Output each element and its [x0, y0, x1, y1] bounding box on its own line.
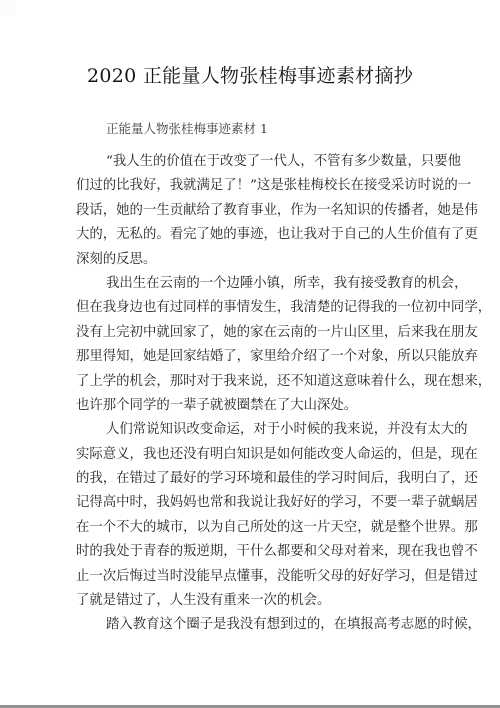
paragraph-3-line-6: 时的我处于青春的叛逆期，干什么都要和父母对着来，现在我也曾不: [76, 540, 426, 564]
paragraph-1-line-2: 们过的比我好，我就满足了！”这是张桂梅校长在接受采访时说的一: [76, 174, 426, 198]
paragraph-2-line-4: 那里得知，她是回家结婚了，家里给介绍了一个对象，所以只能放弃: [76, 345, 426, 369]
paragraph-2-line-6: 也许那个同学的一辈子就被圈禁在了大山深处。: [76, 394, 426, 418]
paragraph-3-line-2: 实际意义，我也还没有明白知识是如何能改变人命运的，但是，现在: [76, 443, 426, 467]
paragraph-2-line-5: 了上学的机会，那时对于我来说，还不知道这意味着什么，现在想来，: [76, 370, 426, 394]
paragraph-3-line-5: 在一个不大的城市，以为自己所处的这一片天空，就是整个世界。那: [76, 516, 426, 540]
section-subtitle: 正能量人物张桂梅事迹素材 1: [106, 120, 268, 138]
paragraph-2-line-1: 我出生在云南的一个边陲小镇，所幸，我有接受教育的机会，: [76, 272, 426, 296]
paragraph-3-line-8: 了就是错过了，人生没有重来一次的机会。: [76, 589, 426, 613]
paragraph-3-line-3: 的我，在错过了最好的学习环境和最佳的学习时间后，我明白了，还: [76, 467, 426, 491]
body-text: “我人生的价值在于改变了一代人，不管有多少数量，只要他 们过的比我好，我就满足了…: [76, 150, 426, 638]
paragraph-3-line-1: 人们常说知识改变命运，对于小时候的我来说，并没有太大的: [76, 418, 426, 442]
paragraph-2-line-2: 但在我身边也有过同样的事情发生，我清楚的记得我的一位初中同学，: [76, 296, 426, 320]
document-title: 2020 正能量人物张桂梅事迹素材摘抄: [0, 64, 500, 88]
paragraph-1-line-1: “我人生的价值在于改变了一代人，不管有多少数量，只要他: [76, 150, 426, 174]
document-page: 2020 正能量人物张桂梅事迹素材摘抄 正能量人物张桂梅事迹素材 1 “我人生的…: [0, 0, 500, 705]
paragraph-3-line-7: 止一次后悔过当时没能早点懂事，没能听父母的好好学习，但是错过: [76, 565, 426, 589]
paragraph-1-line-4: 大的，无私的。看完了她的事迹，也让我对于自己的人生价值有了更: [76, 223, 426, 247]
paragraph-1-line-5: 深刻的反思。: [76, 248, 426, 272]
page-corner-mark: [0, 0, 16, 16]
paragraph-4-line-1: 踏入教育这个圈子是我没有想到过的，在填报高考志愿的时候，: [76, 613, 426, 637]
paragraph-2-line-3: 没有上完初中就回家了，她的家在云南的一片山区里，后来我在朋友: [76, 321, 426, 345]
paragraph-3-line-4: 记得高中时，我妈妈也常和我说让我好好的学习，不要一辈子就蜗居: [76, 491, 426, 515]
paragraph-1-line-3: 段话，她的一生贡献给了教育事业，作为一名知识的传播者，她是伟: [76, 199, 426, 223]
